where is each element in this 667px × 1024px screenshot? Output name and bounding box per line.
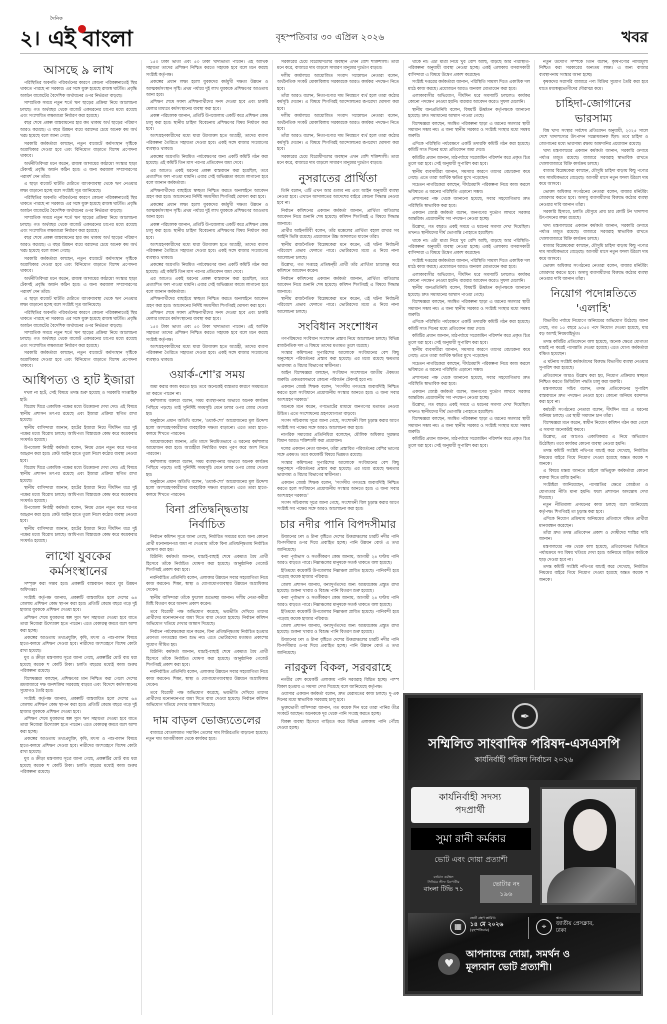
- article-paragraph: এলাকাবাসীর অভিযোগ, দীর্ঘদিন ধরে সমস্যাটি…: [408, 94, 530, 107]
- article-paragraph: নাগরিক সমাজের প্রতিনিধিরা বলেছেন, মৌলিক …: [277, 433, 399, 446]
- article-paragraph: এর আগেও একই ধরনের প্রকল্প বাস্তবায়ন করা…: [146, 169, 268, 188]
- article-paragraph: অনেকে মনে করেন, গণভোটের মাধ্যমে জনগণের ম…: [277, 405, 399, 418]
- article-paragraph: উজানের ঢল ও টানা বৃষ্টিতে দেশের উত্তরাঞ্…: [277, 535, 399, 554]
- article-paragraph: স্থানীয় বাসিন্দারা জানান, হাটের ইজারা ন…: [20, 486, 137, 505]
- article-paragraph: রিটার্নিং কর্মকর্তা জানান, যাচাই-বাছাই শ…: [146, 650, 268, 669]
- article-paragraph: তদন্ত কমিটির প্রতিবেদনে বলা হয়েছে, অনেক…: [539, 340, 648, 359]
- article-paragraph: স্থানীয় বাসিন্দারা জানান, হাটের ইজারা ন…: [20, 426, 137, 445]
- article-paragraph: ইতিমধ্যে কয়েকটি উপজেলার নিম্নাঞ্চল প্লা…: [277, 610, 399, 623]
- ad-place-line1: জাতীয় প্রেসক্লাব,: [556, 921, 594, 928]
- article-paragraph: খাদ্য মন্ত্রণালয়ের একজন কর্মকর্তা জানান…: [539, 224, 648, 243]
- headline-adhipatya-haat-ijara[interactable]: আধিপত্য ও হাট ইজারা: [20, 373, 137, 388]
- ad-vote-day: (বৃহস্পতিবার): [470, 928, 503, 933]
- ad-voter-number-label: ভোটার নং: [480, 879, 532, 889]
- headline-songbidhan-songshodhon[interactable]: সংবিধান সংশোধন: [277, 319, 399, 334]
- ad-affiliation: বর্তমান কর্মস্থল সিনিয়র স্টাফ রিপোর্টার…: [411, 875, 476, 894]
- article-paragraph: প্রশিক্ষণার্থীদের বাছাইয়ে স্বচ্ছতা নিশ্…: [146, 189, 268, 202]
- article-paragraph: বাজারে বোতলজাত সয়াবিন তেলের দাম লিটারপ্…: [146, 731, 268, 744]
- masthead-divider: [20, 53, 648, 54]
- article-paragraph: এদিকে পরিস্থিতি পর্যবেক্ষণে একটি তদারকি …: [408, 320, 530, 333]
- article-paragraph: নবনির্বাচিত প্রতিনিধি বলেন, এলাকার উন্নয…: [146, 576, 268, 595]
- article-paragraph: উল্লেখ্য, এর আগেও একাধিকবার এ নিয়ে অভিয…: [539, 435, 648, 448]
- article-paragraph: বাজার বিশ্লেষকেরা বলছেন, মৌসুমি চাহিদা ব…: [539, 169, 648, 188]
- article-paragraph: ভোক্তা অধিকার সংগঠনের নেতারা বলেন, বাজার…: [539, 264, 648, 283]
- article-paragraph: সাম্প্রতিক সময়ে নতুন শর্তে ঋণ ছাড়ের প্…: [20, 216, 137, 235]
- article-paragraph: বিশেষজ্ঞরা বলছেন, সমন্বিত পরিকল্পনা ছাড়…: [408, 300, 530, 319]
- column-divider: [272, 60, 273, 1015]
- headline-nusrater-prarthita[interactable]: নুসরাতের প্রার্থিতা: [277, 171, 399, 186]
- article-paragraph: তাঁরা আরও বলেন, নিত্যপণ্যের দাম নিয়ন্ত্…: [277, 134, 399, 153]
- article-paragraph: তাঁরা দ্রুত তদন্ত প্রতিবেদন প্রকাশ ও দোষ…: [539, 531, 648, 544]
- article-paragraph: প্রশাসনের পক্ষ থেকে জানানো হয়েছে, সবার …: [408, 197, 530, 210]
- election-advertisement[interactable]: ✒ সম্মিলিত সাংবাদিক পরিষদ-এসএসপি কার্যনি…: [403, 693, 643, 996]
- article-paragraph: মন্ত্রণালয়ের সচিব বলেন, তদন্ত প্রতিবেদন…: [539, 387, 648, 406]
- article-paragraph: নতুন উদ্যোগ সম্পর্কে তিনি বলেন, কৃষিপণ্য…: [539, 60, 648, 79]
- ad-election-title: কার্যনির্বাহী পরিষদ নির্বাচন ২০২৬: [408, 755, 640, 767]
- article-paragraph: স্থানীয় জনপ্রতিনিধি বলেন, বিষয়টি ঊর্ধ্…: [408, 286, 530, 299]
- article-paragraph: রিটার্নিং কর্মকর্তা জানান, যাচাই-বাছাই শ…: [146, 555, 268, 574]
- article-paragraph: বিকল্প ব্যবস্থা হিসেবে গাড়িতে করে বিভিন…: [277, 720, 399, 733]
- article-paragraph: প্রশিক্ষণ শেষে যুবকদের স্বল্প সুদে ঋণ সহ…: [20, 717, 137, 736]
- article-paragraph: প্রকল্পের আওতায় তথ্যপ্রযুক্তি, কৃষি, মৎ…: [20, 737, 137, 756]
- ad-candidate-name: সুমা রানী কর্মকার: [411, 828, 531, 850]
- article-paragraph: তদন্ত কমিটি সংশ্লিষ্ট নথিপত্র যাচাই করে …: [539, 449, 648, 468]
- article-paragraph: কর্মশালায় বক্তারা বলেন, সময় ব্যবস্থাপন…: [146, 399, 268, 418]
- ad-divider: [528, 917, 529, 939]
- article-paragraph: তিনি বলেন, এটি এখন আর গুজব নয় এবং আইন অ…: [277, 189, 399, 208]
- article-paragraph: অংশগ্রহণকারীদের মধ্যে যারা উদ্যোক্তা হতে…: [146, 345, 268, 364]
- article-paragraph: একজন জ্যেষ্ঠ কর্মকর্তা বলেন, জনগণের দুর্…: [408, 390, 530, 403]
- article-paragraph: জেলা প্রশাসন জানায়, বন্যাদুর্গতদের জন্য…: [277, 624, 399, 637]
- article-paragraph: ১৫০ টাকা ভাতা এবং ৫০ টাকা খাদ্যভাতা পাবে…: [146, 60, 268, 79]
- article-paragraph: সংশ্লিষ্ট কর্তৃপক্ষ জানায়, প্রকল্পটি বা…: [20, 596, 137, 615]
- ad-closing-line2: মূল্যবান ভোট প্রত্যাশী।: [466, 961, 636, 974]
- pen-nib-emblem-icon: ✒: [512, 703, 538, 729]
- ad-header-banner: ✒ সম্মিলিত সাংবাদিক পরিষদ-এসএসপি কার্যনি…: [408, 698, 640, 780]
- ad-place-line2: ঢাকা: [556, 928, 594, 935]
- article-paragraph: নির্বাচন পর্যবেক্ষকেরা মনে করেন, বিনা প্…: [146, 630, 268, 649]
- article-paragraph: কৃষকদের সরাসরি বাজারে পণ্য বিক্রির সুযোগ…: [539, 80, 648, 93]
- article-paragraph: প্রকল্পের অগ্রগতি নিয়মিত পর্যবেক্ষণের জ…: [146, 155, 268, 168]
- article-paragraph: তাঁরা আরও বলেন, নিত্যপণ্যের দাম নিয়ন্ত্…: [277, 94, 399, 113]
- headline-narkul-bikal-sorboraho[interactable]: নারকুল বিকল, সরবরাহে: [277, 660, 399, 675]
- article-paragraph: দলীয় কার্যালয়ে আয়োজিত সংবাদ সম্মেলনে …: [277, 74, 399, 93]
- article-paragraph: সম্পৃক্ত করা সম্ভব হবে। প্রকল্পটি বাস্তব…: [20, 582, 137, 595]
- column-3: সরকারের চেয়ে বিরোধীদলের অবস্থান এখন বেশ…: [277, 60, 399, 1015]
- ad-organization-name: সম্মিলিত সাংবাদিক পরিষদ-এসএসপি: [408, 735, 640, 756]
- ad-vote-date: ভোট গ্রহণ তারিখ: ১৪ মে ২০২৬ (বৃহস্পতিবার…: [470, 916, 503, 933]
- article-paragraph: ইতিমধ্যে কয়েকটি উপজেলার নিম্নাঞ্চল প্লা…: [277, 569, 399, 582]
- article-paragraph: ভোক্তা অধিকার সংগঠনের নেতারা বলেন, বাজার…: [539, 190, 648, 209]
- masthead: ২। দৈনিক এই বাংলা বৃহস্পতিবার ৩০ এপ্রিল …: [20, 22, 648, 50]
- article-paragraph: বিশেষজ্ঞরা বলছেন, সমন্বিত পরিকল্পনা ছাড়…: [408, 417, 530, 436]
- article-paragraph: প্রার্থীর আইনজীবী বলেন, তাঁর মক্কেলের প্…: [277, 229, 399, 242]
- column-divider: [534, 60, 535, 690]
- article-paragraph: অর্থনীতিবিদরা মনে করেন, রাজস্ব আদায়ের ক…: [20, 277, 137, 296]
- article-paragraph: প্রকল্পের আওতায় তথ্যপ্রযুক্তি, কৃষি, মৎ…: [20, 636, 137, 655]
- article-paragraph: স্থানীয় ব্যবসায়ীরা জানান, সমস্যার কারণ…: [408, 170, 530, 183]
- headline-work-show-somoy[interactable]: ওয়ার্ক-শো'র সময়: [146, 367, 268, 382]
- column-5: নতুন উদ্যোগ সম্পর্কে তিনি বলেন, কৃষিপণ্য…: [539, 60, 648, 688]
- issue-date: বৃহস্পতিবার ৩০ এপ্রিল ২০২৬: [230, 30, 430, 45]
- article-paragraph: বিশেষজ্ঞরা বলছেন, সমন্বিত পরিকল্পনা ছাড়…: [408, 122, 530, 141]
- ad-voter-number: ১৯৬: [480, 889, 532, 899]
- article-paragraph: প্রকল্পের প্রধান লক্ষ্য হলো যুবকদের কর্ম…: [146, 203, 268, 222]
- article-paragraph: কর্মশালায় বক্তারা বলেন, সময় ব্যবস্থাপন…: [146, 460, 268, 479]
- article-paragraph: বন্যা পূর্বাভাস ও সতর্কীকরণ কেন্দ্র জানা…: [277, 555, 399, 568]
- article-paragraph: তদন্ত কমিটি সংশ্লিষ্ট নথিপত্র যাচাই করে …: [539, 565, 648, 584]
- ad-candidate-post: কার্যনির্বাহী সদস্য পদপ্রার্থী: [411, 787, 529, 823]
- article-paragraph: নবনির্বাচিত প্রতিনিধি বলেন, এলাকার উন্নয…: [146, 670, 268, 689]
- ad-venue: স্থান: জাতীয় প্রেসক্লাব, ঢাকা: [556, 916, 594, 935]
- article-paragraph: প্রশিক্ষণ শেষে যুবকদের স্বল্প সুদে ঋণ সহ…: [20, 616, 137, 635]
- ad-vote-appeal: ভোট এবং দোয়া প্রত্যাশী: [411, 855, 531, 867]
- article-paragraph: নতুন নীতিমালা প্রণয়নের কাজ চলছে বলে জান…: [539, 503, 648, 516]
- article-paragraph: জেলা প্রশাসন জানায়, বন্যাদুর্গতদের জন্য…: [277, 583, 399, 596]
- article-paragraph: থাকে না। এটা মাত্রা নিয়ে খুব বেশি আছি, …: [408, 60, 530, 79]
- article-paragraph: প্রশিক্ষণার্থীদের বাছাইয়ে স্বচ্ছতা নিশ্…: [146, 297, 268, 310]
- article-paragraph: সরকারি কর্মকর্তারা বলছেন, নতুন বাজেটে কর…: [20, 351, 137, 370]
- article-paragraph: সংশ্লিষ্টরা জানিয়েছেন, পদোন্নতির ক্ষেত্…: [539, 483, 648, 502]
- article-paragraph: বন্যা পূর্বাভাস ও সতর্কীকরণ কেন্দ্র জানা…: [277, 596, 399, 609]
- article-paragraph: নগরীর বেশ কয়েকটি এলাকায় পানি সরবরাহ বি…: [277, 678, 399, 691]
- article-paragraph: পরিস্থিতির অবনতি পরিবর্তনের কারণে কোনো প…: [20, 81, 137, 100]
- article-paragraph: প্রশিক্ষণ শেষে সফল প্রশিক্ষণার্থীদের সনদ…: [146, 100, 268, 113]
- article-paragraph: দলের একজন নেতা জানান, তাঁরা প্রস্তাবিত প…: [277, 447, 399, 460]
- article-paragraph: এদিকে নিয়োগ প্রক্রিয়ায় অনিয়মের প্রতি…: [539, 517, 648, 530]
- article-paragraph: নির্বাচন কমিশন সূত্রে জানা গেছে, নির্ধার…: [146, 535, 268, 554]
- column-1: আসছে ৯ লাখ পরিস্থিতির অবনতি পরিবর্তনের ক…: [20, 60, 137, 1015]
- article-paragraph: ১৫০ টাকা ভাতা এবং ৫০ টাকা খাদ্যভাতা পাবে…: [146, 325, 268, 344]
- article-paragraph: সংসদ সচিবালয় সূত্রে জানা গেছে, সংশোধনী …: [277, 501, 399, 514]
- article-paragraph: কমিটির প্রধান জানান, মাঠপর্যায়ে সরেজমিন…: [408, 334, 530, 347]
- article-paragraph: উল্লেখ্য, গত সপ্তাহে প্রতিদ্বন্দ্বী প্রা…: [277, 263, 399, 276]
- article-paragraph: এদিকে পরিস্থিতি পর্যবেক্ষণে একটি তদারকি …: [408, 142, 530, 155]
- article-paragraph: দলীয় কার্যালয়ে আয়োজিত সংবাদ সম্মেলনে …: [277, 114, 399, 133]
- article-paragraph: কমিটির প্রধান জানান, মাঠপর্যায়ে সরেজমিন…: [408, 156, 530, 169]
- article-paragraph: অনুষ্ঠানে প্রধান অতিথি বলেন, 'ওয়ার্ক-শো…: [146, 480, 268, 499]
- headline-bina-protidwandwitay-nirbachito[interactable]: বিনা প্রতিদ্বন্দ্বিতায় নির্বাচিত: [146, 502, 268, 532]
- ad-closing-line1: আপনাদের দোয়া, সমর্থন ও: [466, 948, 636, 961]
- article-paragraph: প্রকল্প পরিচালক জানান, প্রতিটি উপজেলায় …: [146, 223, 268, 242]
- article-paragraph: একজন জ্যেষ্ঠ কর্মকর্তা বলেন, জনগণের দুর্…: [408, 211, 530, 224]
- article-paragraph: প্রকল্পের অগ্রগতি নিয়মিত পর্যবেক্ষণের জ…: [146, 263, 268, 276]
- article-paragraph: এ বিষয়ে মন্তব্য জানতে চাইলে অভিযুক্ত কর…: [539, 469, 648, 482]
- article-paragraph: আইন বিশেষজ্ঞরা বলছেন, সংবিধান সংশোধনে জা…: [277, 371, 399, 384]
- article-paragraph: জমা করার কাজ করতে হয়। তবে অনেকেই ব্যস্ত…: [146, 385, 268, 398]
- article-paragraph: এ ঘটনায় সংশ্লিষ্ট কর্মকর্তাদের বিরুদ্ধে…: [539, 360, 648, 373]
- article-paragraph: সচেতন নাগরিকেরা বলছেন, দীর্ঘমেয়াদি পরিক…: [408, 183, 530, 196]
- article-paragraph: সচেতন নাগরিকেরা বলছেন, দীর্ঘমেয়াদি পরিক…: [408, 362, 530, 375]
- ad-voter-number-box: ভোটার নং ১৯৬: [480, 875, 532, 903]
- article-paragraph: আয়োজকেরা জানান, প্রতি মাসে নিয়মিতভাবে …: [146, 440, 268, 459]
- article-paragraph: বিরোধ ঘিরে একাধিক পক্ষের মধ্যে উত্তেজনা …: [20, 405, 137, 424]
- article-paragraph: সংশ্লিষ্ট কর্তৃপক্ষ জানায়, প্রকল্পটি বা…: [20, 697, 137, 716]
- article-paragraph: সরকারি কর্মকর্তারা বলছেন, নতুন বাজেটে কর…: [20, 142, 137, 161]
- article-paragraph: বিশ্ব খাদ্য সংস্থার সর্বশেষ প্রতিবেদন অন…: [539, 129, 648, 148]
- article-paragraph: এ ছাড়া বাজেট ঘাটতি মেটাতে ব্যাংকব্যবস্থ…: [20, 182, 137, 195]
- column-4: থাকে না। এটা মাত্রা নিয়ে খুব বেশি আছি, …: [408, 60, 530, 688]
- article-paragraph: গণপরিষদের সংবিধান সংশোধন প্রস্তাব নিয়ে …: [277, 337, 399, 350]
- article-paragraph: এলাকাবাসীর অভিযোগ, দীর্ঘদিন ধরে সমস্যাটি…: [408, 273, 530, 286]
- article-paragraph: একজন জ্যেষ্ঠ শিক্ষক বলেন, 'সংসদীয় গণতন্…: [277, 481, 399, 500]
- article-paragraph: কর্মচারী সংগঠনের নেতারা বলেন, দীর্ঘদিন ধ…: [539, 408, 648, 421]
- article-paragraph: বছর শেষে প্রকল্প বাস্তবায়নের হার কম থাক…: [20, 236, 137, 255]
- article-paragraph: নির্বাচন কমিশনের একজন কর্মকর্তা জানান, প…: [277, 277, 399, 296]
- handshake-icon: ♥: [438, 953, 460, 975]
- article-paragraph: প্রশাসনের পক্ষ থেকে জানানো হয়েছে, সবার …: [408, 376, 530, 389]
- article-paragraph: ওয়াসার একজন কর্মকর্তা বলেন, দ্রুত মেরাম…: [277, 692, 399, 705]
- article-paragraph: সাম্প্রতিক সময়ে নতুন শর্তে ঋণ ছাড়ের প্…: [20, 331, 137, 350]
- headline-niyog-podonnotite-elahi[interactable]: নিয়োগ পদোন্নতিতে 'এলাহি': [539, 286, 648, 316]
- article-paragraph: বিরোধ ঘিরে একাধিক পক্ষের মধ্যে উত্তেজনা …: [20, 466, 137, 485]
- article-paragraph: থাকে না। এটা মাত্রা নিয়ে খুব বেশি আছি, …: [408, 239, 530, 258]
- ad-post-line2: পদপ্রার্থী: [411, 804, 529, 817]
- article-paragraph: বাজার বিশ্লেষকেরা বলছেন, মৌসুমি চাহিদা ব…: [539, 244, 648, 263]
- article-paragraph: স্থানীয় বাসিন্দারা জানান, হাটের ইজারা ন…: [20, 527, 137, 546]
- article-paragraph: তবে বিরোধী পক্ষ অভিযোগ করেছে, ভয়ভীতি দে…: [146, 691, 268, 710]
- article-paragraph: সংশ্লিষ্ট দপ্তরের কর্মকর্তারা জানান, পরি…: [408, 80, 530, 93]
- logo-red-dot-icon: [78, 25, 86, 33]
- article-paragraph: অর্থনীতিবিদরা মনে করেন, রাজস্ব আদায়ের ক…: [20, 162, 137, 181]
- headline-aschhe-9-lakh[interactable]: আসছে ৯ লাখ: [20, 63, 137, 78]
- article-paragraph: পরিস্থিতির অবনতি পরিবর্তনের কারণে কোনো প…: [20, 311, 137, 330]
- article-paragraph: উল্লেখ্য, গত বছরও একই সময়ে এ ধরনের সমস্…: [408, 403, 530, 416]
- article-paragraph: নির্বাচন কমিশনের একজন কর্মকর্তা জানান, প…: [277, 209, 399, 228]
- article-paragraph: সরকারের চেয়ে বিরোধীদলের অবস্থান এখন বেশ…: [277, 60, 399, 73]
- column-divider: [403, 60, 404, 690]
- column-divider: [141, 60, 142, 1015]
- article-paragraph: মন্ত্রণালয়ের পক্ষ থেকে বলা হয়েছে, প্রত…: [539, 545, 648, 564]
- article-paragraph: সংশ্লিষ্ট দপ্তরের কর্মকর্তারা জানান, পরি…: [408, 259, 530, 272]
- article-paragraph: বিশেষজ্ঞরা মনে করেন, স্বাধীন নিয়োগ কমিশ…: [539, 421, 648, 434]
- article-paragraph: সরকারি হিসাবে, চলতি মৌসুমে প্রায় চার কো…: [539, 210, 648, 223]
- article-paragraph: সাম্প্রতিক সময়ে নতুন শর্তে ঋণ ছাড়ের প্…: [20, 101, 137, 120]
- article-paragraph: উল্লেখ্য, গত বছরও একই সময়ে এ ধরনের সমস্…: [408, 225, 530, 238]
- article-paragraph: দখল না হটে, সেই বিষয়ে তদন্ত শুরু হয়েছে…: [20, 391, 137, 404]
- article-paragraph: বিভাগীয় পর্যায়ে নিয়োগে অনিয়মের অভিযো…: [539, 319, 648, 338]
- article-paragraph: স্থানীয় বাসিন্দারা তাঁকে ফুলেল শুভেচ্ছা…: [146, 596, 268, 609]
- column-2: ১৫০ টাকা ভাতা এবং ৫০ টাকা খাদ্যভাতা পাবে…: [146, 60, 268, 1015]
- article-paragraph: সংস্কার কমিশনের সুপারিশের আলোকে সংবিধানে…: [277, 351, 399, 370]
- article-paragraph: যুব ও ক্রীড়া মন্ত্রণালয় সূত্রে জানা গে…: [20, 757, 137, 776]
- article-paragraph: খাদ্য মন্ত্রণালয়ের একজন কর্মকর্তা জানান…: [539, 149, 648, 168]
- article-paragraph: উজানের ঢল ও টানা বৃষ্টিতে দেশের উত্তরাঞ্…: [277, 638, 399, 657]
- article-paragraph: প্রতিবেদনে আরও উল্লেখ করা হয়, নিয়োগ প্…: [539, 374, 648, 387]
- article-paragraph: পরিস্থিতির অবনতি পরিবর্তনের কারণে কোনো প…: [20, 196, 137, 215]
- article-paragraph: অংশগ্রহণকারীদের মধ্যে যারা উদ্যোক্তা হতে…: [146, 243, 268, 262]
- article-paragraph: প্রকল্প পরিচালক জানান, প্রতিটি উপজেলায় …: [146, 114, 268, 133]
- article-paragraph: স্থানীয় ব্যবসায়ীরা জানান, সমস্যার কারণ…: [408, 348, 530, 361]
- article-paragraph: এর আগেও একই ধরনের প্রকল্প বাস্তবায়ন করা…: [146, 277, 268, 296]
- article-paragraph: যুব ও ক্রীড়া মন্ত্রণালয় সূত্রে জানা গে…: [20, 656, 137, 675]
- ad-post-line1: কার্যনির্বাহী সদস্য: [411, 791, 529, 804]
- ad-vote-date-value: ১৪ মে ২০২৬: [470, 921, 503, 928]
- article-paragraph: উপজেলা নির্বাহী কর্মকর্তা বলেন, নিয়ম মে…: [20, 506, 137, 525]
- article-paragraph: সংস্কার কমিশনের সুপারিশের আলোকে সংবিধানে…: [277, 461, 399, 480]
- location-pin-icon: ⌖: [536, 919, 552, 935]
- section-title: খবর: [622, 26, 648, 51]
- article-paragraph: সরকারের চেয়ে বিরোধীদলের অবস্থান এখন বেশ…: [277, 155, 399, 168]
- article-paragraph: একজন জ্যেষ্ঠ শিক্ষক বলেন, 'সংসদীয় গণতন্…: [277, 385, 399, 404]
- headline-dam-baralo-bhojjoteler[interactable]: দাম বাড়ল ভোজ্যতেলের: [146, 713, 268, 728]
- article-paragraph: তবে বিরোধী পক্ষ অভিযোগ করেছে, ভয়ভীতি দে…: [146, 610, 268, 629]
- ad-affiliation-org: বাংলা টিভি ৭১: [411, 885, 476, 894]
- headline-char-nodir-pani-bipodsimar[interactable]: চার নদীর পানি বিপদসীমার: [277, 517, 399, 532]
- article-paragraph: স্থানীয় জনপ্রতিনিধি বলেন, বিষয়টি ঊর্ধ্…: [408, 108, 530, 121]
- article-paragraph: ভুক্তভোগী বাসিন্দারা জানান, গত কয়েক দিন…: [277, 706, 399, 719]
- headline-lakho-jubaker-karmasangsthan[interactable]: লাখো যুবকের কর্মসংস্থানের: [20, 549, 137, 579]
- article-paragraph: অনুষ্ঠানে প্রধান অতিথি বলেন, 'ওয়ার্ক-শো…: [146, 419, 268, 438]
- article-paragraph: এ ছাড়া বাজেট ঘাটতি মেটাতে ব্যাংকব্যবস্থ…: [20, 297, 137, 310]
- ad-footer-strip: ▦ ভোট গ্রহণ তারিখ: ১৪ মে ২০২৬ (বৃহস্পতিব…: [408, 913, 640, 991]
- ad-closing-appeal: আপনাদের দোয়া, সমর্থন ও মূল্যবান ভোট প্র…: [466, 948, 636, 974]
- article-paragraph: প্রশিক্ষণ শেষে সফল প্রশিক্ষণার্থীদের সনদ…: [146, 311, 268, 324]
- article-paragraph: স্থানীয় রাজনৈতিক বিশ্লেষকেরা মনে করেন, …: [277, 243, 399, 262]
- candidate-photo: [540, 787, 637, 905]
- article-paragraph: সংসদ সচিবালয় সূত্রে জানা গেছে, সংশোধনী …: [277, 419, 399, 432]
- article-paragraph: উপজেলা নির্বাহী কর্মকর্তা বলেন, নিয়ম মে…: [20, 446, 137, 465]
- headline-chahida-joganer-bharsammo[interactable]: চাহিদা-জোগানের ভারসাম্য: [539, 96, 648, 126]
- article-paragraph: কমিটির প্রধান জানান, মাঠপর্যায়ে সরেজমিন…: [408, 437, 530, 450]
- article-paragraph: প্রকল্পের প্রধান লক্ষ্য হলো যুবকদের কর্ম…: [146, 80, 268, 99]
- article-paragraph: সরকারি কর্মকর্তারা বলছেন, নতুন বাজেটে কর…: [20, 257, 137, 276]
- article-paragraph: বিশেষজ্ঞরা বলছেন, প্রশিক্ষণের মান নিশ্চি…: [20, 677, 137, 696]
- calendar-icon: ▦: [450, 919, 466, 935]
- article-paragraph: অংশগ্রহণকারীদের মধ্যে যারা উদ্যোক্তা হতে…: [146, 134, 268, 153]
- article-paragraph: স্থানীয় রাজনৈতিক বিশ্লেষকেরা মনে করেন, …: [277, 297, 399, 316]
- article-paragraph: বছর শেষে প্রকল্প বাস্তবায়নের হার কম থাক…: [20, 121, 137, 140]
